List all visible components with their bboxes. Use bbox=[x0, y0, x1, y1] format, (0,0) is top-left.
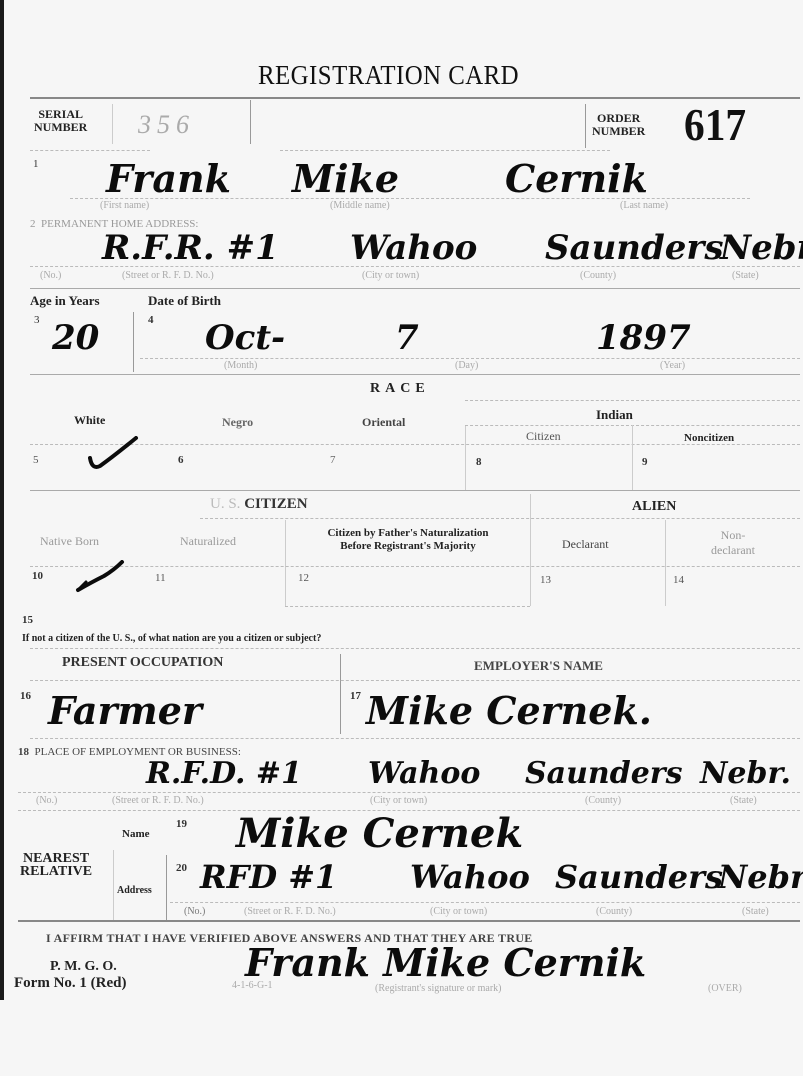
employment-city-value: Wahoo bbox=[368, 756, 480, 791]
caption-day: (Day) bbox=[455, 360, 478, 371]
field-number-4: 4 bbox=[148, 314, 154, 326]
address-county-value: Saunders bbox=[545, 228, 723, 268]
nondeclarant-label: Non-declarant bbox=[698, 528, 768, 558]
caption-street: (Street or R. F. D. No.) bbox=[244, 906, 336, 917]
divider bbox=[166, 855, 167, 920]
signature-caption: (Registrant's signature or mark) bbox=[375, 983, 502, 994]
divider bbox=[113, 850, 114, 920]
white-label: White bbox=[74, 414, 105, 427]
rule bbox=[30, 648, 800, 649]
field-number-14: 14 bbox=[673, 574, 684, 586]
caption-month: (Month) bbox=[224, 360, 257, 371]
divider bbox=[340, 654, 341, 734]
rule bbox=[170, 902, 800, 903]
field-number-1: 1 bbox=[33, 158, 39, 170]
form-number-label: Form No. 1 (Red) bbox=[14, 977, 126, 990]
caption-state: (State) bbox=[742, 906, 769, 917]
address-city-value: Wahoo bbox=[350, 228, 477, 268]
field-number-15: 15 bbox=[22, 614, 33, 626]
order-label: ORDERNUMBER bbox=[592, 112, 645, 138]
relative-state-value: Nebr. bbox=[718, 858, 803, 896]
field-number-12: 12 bbox=[298, 572, 309, 584]
rule bbox=[30, 566, 800, 567]
negro-label: Negro bbox=[222, 416, 253, 429]
dob-year-value: 1897 bbox=[596, 318, 691, 358]
relative-name-value: Mike Cernek bbox=[236, 810, 523, 857]
rule bbox=[18, 792, 800, 793]
field-number-17: 17 bbox=[350, 690, 361, 702]
declarant-label: Declarant bbox=[562, 538, 609, 551]
rule bbox=[200, 518, 800, 519]
employer-value: Mike Cernek. bbox=[366, 688, 652, 733]
field-number-20: 20 bbox=[176, 862, 187, 874]
rule bbox=[30, 490, 800, 491]
divider bbox=[112, 104, 113, 144]
us-citizen-heading: U. S. CITIZEN bbox=[210, 496, 308, 513]
dob-label: Date of Birth bbox=[148, 294, 221, 307]
field-number-13: 13 bbox=[540, 574, 551, 586]
indian-label: Indian bbox=[596, 408, 633, 421]
indian-citizen-label: Citizen bbox=[526, 430, 561, 443]
caption-city: (City or town) bbox=[362, 270, 419, 281]
address-state-value: Nebr bbox=[720, 228, 803, 268]
middle-name-value: Mike bbox=[292, 156, 399, 201]
field-number-19: 19 bbox=[176, 818, 187, 830]
divider bbox=[465, 425, 466, 490]
rule bbox=[30, 738, 800, 739]
divider bbox=[530, 494, 531, 606]
divider bbox=[665, 520, 666, 606]
field-number-5: 5 bbox=[33, 454, 39, 466]
divider bbox=[585, 104, 586, 148]
employment-state-value: Nebr. bbox=[700, 756, 791, 791]
relative-county-value: Saunders bbox=[555, 858, 723, 896]
order-number-value: 617 bbox=[684, 98, 746, 151]
dob-month-value: Oct- bbox=[205, 318, 285, 358]
employment-street-value: R.F.D. #1 bbox=[146, 756, 302, 791]
q15-question: If not a citizen of the U. S., of what n… bbox=[22, 632, 321, 645]
serial-label: SERIALNUMBER bbox=[34, 108, 87, 134]
caption-state: (State) bbox=[730, 795, 757, 806]
rule bbox=[30, 444, 800, 445]
native-born-label: Native Born bbox=[40, 534, 99, 549]
field-number-9: 9 bbox=[642, 456, 648, 468]
over-label: (OVER) bbox=[708, 983, 742, 994]
rule bbox=[30, 680, 800, 681]
middle-name-caption: (Middle name) bbox=[330, 200, 390, 211]
nearest-relative-label: NEARESTRELATIVE bbox=[20, 852, 92, 878]
caption-city: (City or town) bbox=[370, 795, 427, 806]
caption-county: (County) bbox=[596, 906, 632, 917]
caption-no: (No.) bbox=[184, 906, 205, 917]
relative-name-label: Name bbox=[122, 828, 150, 841]
caption-state: (State) bbox=[732, 270, 759, 281]
divider bbox=[285, 520, 286, 606]
caption-county: (County) bbox=[585, 795, 621, 806]
field-number-6: 6 bbox=[178, 454, 184, 466]
age-label: Age in Years bbox=[30, 294, 100, 307]
occupation-value: Farmer bbox=[48, 688, 202, 733]
first-name-value: Frank bbox=[106, 156, 231, 201]
registrant-signature: Frank Mike Cernik bbox=[245, 940, 646, 985]
naturalized-label: Naturalized bbox=[180, 534, 236, 549]
rule bbox=[30, 150, 150, 151]
alien-heading: ALIEN bbox=[632, 500, 676, 513]
field-number-10: 10 bbox=[32, 570, 43, 582]
first-name-caption: (First name) bbox=[100, 200, 149, 211]
relative-city-value: Wahoo bbox=[410, 858, 530, 896]
rule bbox=[280, 150, 610, 151]
divider bbox=[632, 425, 633, 490]
employer-heading: EMPLOYER'S NAME bbox=[474, 659, 603, 672]
caption-street: (Street or R. F. D. No.) bbox=[112, 795, 204, 806]
field-number-8: 8 bbox=[476, 456, 482, 468]
pmgo-label: P. M. G. O. bbox=[50, 960, 117, 973]
rule bbox=[465, 400, 800, 401]
rule bbox=[30, 266, 800, 267]
field-number-11: 11 bbox=[155, 572, 166, 584]
serial-number-value: 356 bbox=[138, 110, 195, 140]
rule bbox=[30, 374, 800, 375]
caption-no: (No.) bbox=[36, 795, 57, 806]
last-name-value: Cernik bbox=[505, 156, 648, 201]
address-street-value: R.F.R. #1 bbox=[102, 228, 279, 268]
divider bbox=[133, 312, 134, 372]
age-value: 20 bbox=[52, 318, 99, 358]
last-name-caption: (Last name) bbox=[620, 200, 668, 211]
rule bbox=[18, 920, 800, 922]
dob-day-value: 7 bbox=[395, 318, 419, 358]
caption-no: (No.) bbox=[40, 270, 61, 281]
card-title: REGISTRATION CARD bbox=[258, 60, 519, 91]
white-checkmark-icon bbox=[84, 436, 142, 470]
rule bbox=[285, 606, 530, 607]
divider bbox=[250, 100, 251, 144]
father-naturalization-label: Citizen by Father's NaturalizationBefore… bbox=[298, 527, 518, 553]
caption-year: (Year) bbox=[660, 360, 685, 371]
native-born-checkmark-icon bbox=[74, 560, 132, 594]
caption-city: (City or town) bbox=[430, 906, 487, 917]
caption-street: (Street or R. F. D. No.) bbox=[122, 270, 214, 281]
caption-county: (County) bbox=[580, 270, 616, 281]
race-heading: RACE bbox=[370, 382, 430, 395]
field-number-3: 3 bbox=[34, 314, 40, 326]
card-left-edge bbox=[0, 0, 4, 1000]
field-number-7: 7 bbox=[330, 454, 336, 466]
occupation-heading: PRESENT OCCUPATION bbox=[62, 656, 223, 669]
employment-county-value: Saunders bbox=[525, 756, 683, 791]
rule bbox=[140, 358, 800, 359]
rule bbox=[30, 288, 800, 289]
field-number-16: 16 bbox=[20, 690, 31, 702]
relative-address-label: Address bbox=[117, 884, 152, 897]
relative-street-value: RFD #1 bbox=[200, 858, 337, 896]
rule bbox=[70, 198, 750, 199]
oriental-label: Oriental bbox=[362, 416, 405, 429]
